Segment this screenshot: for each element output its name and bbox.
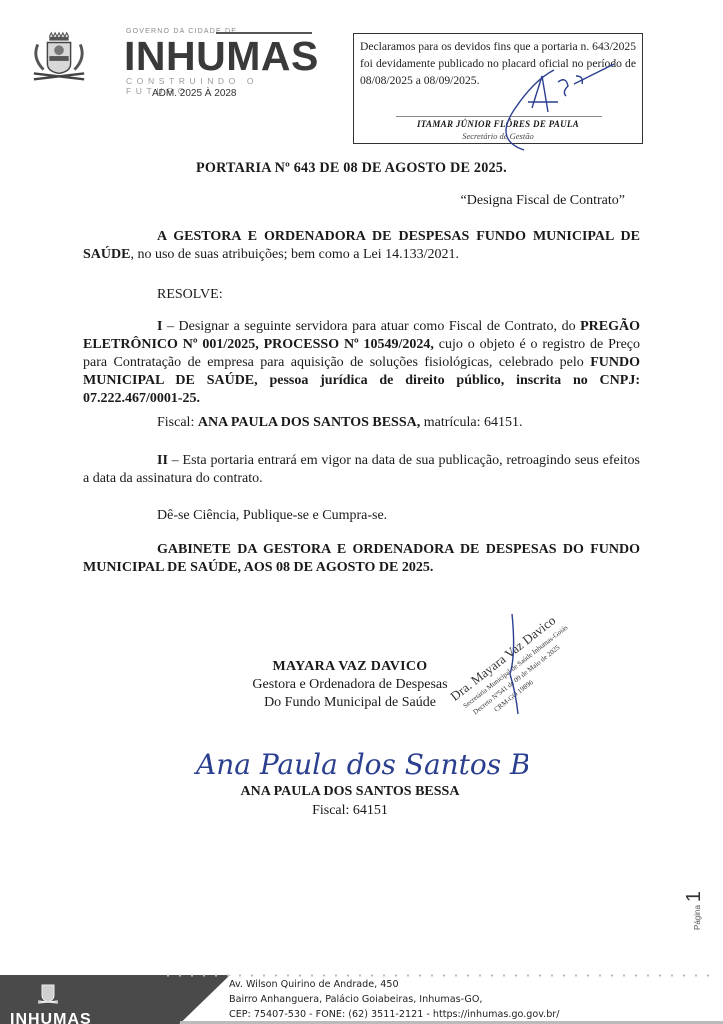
office-statement: GABINETE DA GESTORA E ORDENADORA DE DESP… [83, 541, 640, 577]
article-2-number: II [157, 453, 168, 468]
fiscal-label: Fiscal: [157, 415, 198, 430]
closing-line: Dê-se Ciência, Publique-se e Cumpra-se. [83, 507, 640, 525]
svg-text:Secretária Municipal de Saúde: Secretária Municipal de Saúde Inhumas-Go… [462, 623, 570, 710]
manager-role-line1: Gestora e Ordenadora de Despesas [230, 676, 470, 694]
article-1-text: – Designar a seguinte servidora para atu… [162, 319, 580, 334]
fiscal-name: ANA PAULA DOS SANTOS BESSA, [198, 415, 420, 430]
page-number-value: 1 [683, 891, 705, 902]
page-label: Página [693, 905, 702, 930]
svg-text:CRM-GO 19896: CRM-GO 19896 [493, 678, 536, 714]
signature-line [396, 116, 602, 117]
article-1: I – Designar a seguinte servidora para a… [83, 318, 640, 408]
fiscal-signer-role: Fiscal: 64151 [220, 801, 480, 820]
document-title: PORTARIA Nº 643 DE 08 DE AGOSTO DE 2025. [196, 160, 507, 177]
administration-period: ADM. 2025 À 2028 [152, 88, 237, 99]
address-line-1: Av. Wilson Quirino de Andrade, 450 [229, 977, 559, 992]
city-logo: GOVERNO DA CIDADE DE INHUMAS CONSTRUINDO… [28, 24, 328, 104]
footer-address: Av. Wilson Quirino de Andrade, 450 Bairr… [229, 977, 559, 1022]
fiscal-line: Fiscal: ANA PAULA DOS SANTOS BESSA, matr… [83, 414, 640, 432]
intro-paragraph: A GESTORA E ORDENADORA DE DESPESAS FUNDO… [83, 228, 640, 264]
address-line-2: Bairro Anhanguera, Palácio Goiabeiras, I… [229, 992, 559, 1007]
page-number: Página1 [683, 891, 706, 930]
city-name: INHUMAS [124, 36, 319, 77]
address-line-3[interactable]: CEP: 75407-530 - FONE: (62) 3511-2121 - … [229, 1007, 559, 1022]
resolve-heading: RESOLVE: [157, 287, 223, 303]
office-text: GABINETE DA GESTORA E ORDENADORA DE DESP… [83, 542, 640, 575]
footer-crest-icon [36, 981, 60, 1005]
article-2: II – Esta portaria entrará em vigor na d… [83, 452, 640, 488]
svg-text:Decreto Nº541 de 09 de Maio de: Decreto Nº541 de 09 de Maio de 2025 [472, 643, 562, 716]
footer-logo-text: INHUMAS [10, 1011, 92, 1024]
footer: INHUMAS Av. Wilson Quirino de Andrade, 4… [0, 975, 723, 1024]
intro-text: , no uso de suas atribuições; bem como a… [130, 247, 459, 262]
stamp-signer-role: Secretário de Gestão [354, 131, 642, 141]
city-crest-icon [30, 30, 88, 86]
manager-role-line2: Do Fundo Municipal de Saúde [230, 694, 470, 712]
svg-text:Ana Paula dos Santos Bessa: Ana Paula dos Santos Bessa [193, 748, 528, 781]
closing-text: Dê-se Ciência, Publique-se e Cumpra-se. [157, 508, 387, 523]
publication-declaration: Declaramos para os devidos fins que a po… [360, 38, 636, 89]
footer-logo-panel: INHUMAS [0, 975, 230, 1024]
publication-stamp: Declaramos para os devidos fins que a po… [353, 33, 643, 144]
manager-name: MAYARA VAZ DAVICO [230, 658, 470, 676]
fiscal-registration: matrícula: 64151. [420, 415, 522, 430]
fiscal-signature-block: ANA PAULA DOS SANTOS BESSA Fiscal: 64151 [220, 782, 480, 820]
manager-signature-block: MAYARA VAZ DAVICO Gestora e Ordenadora d… [230, 658, 470, 712]
stamp-signer-name: ITAMAR JÚNIOR FLÔRES DE PAULA [354, 119, 642, 129]
fiscal-signer-name: ANA PAULA DOS SANTOS BESSA [220, 782, 480, 801]
document-subtitle: “Designa Fiscal de Contrato” [461, 193, 625, 209]
